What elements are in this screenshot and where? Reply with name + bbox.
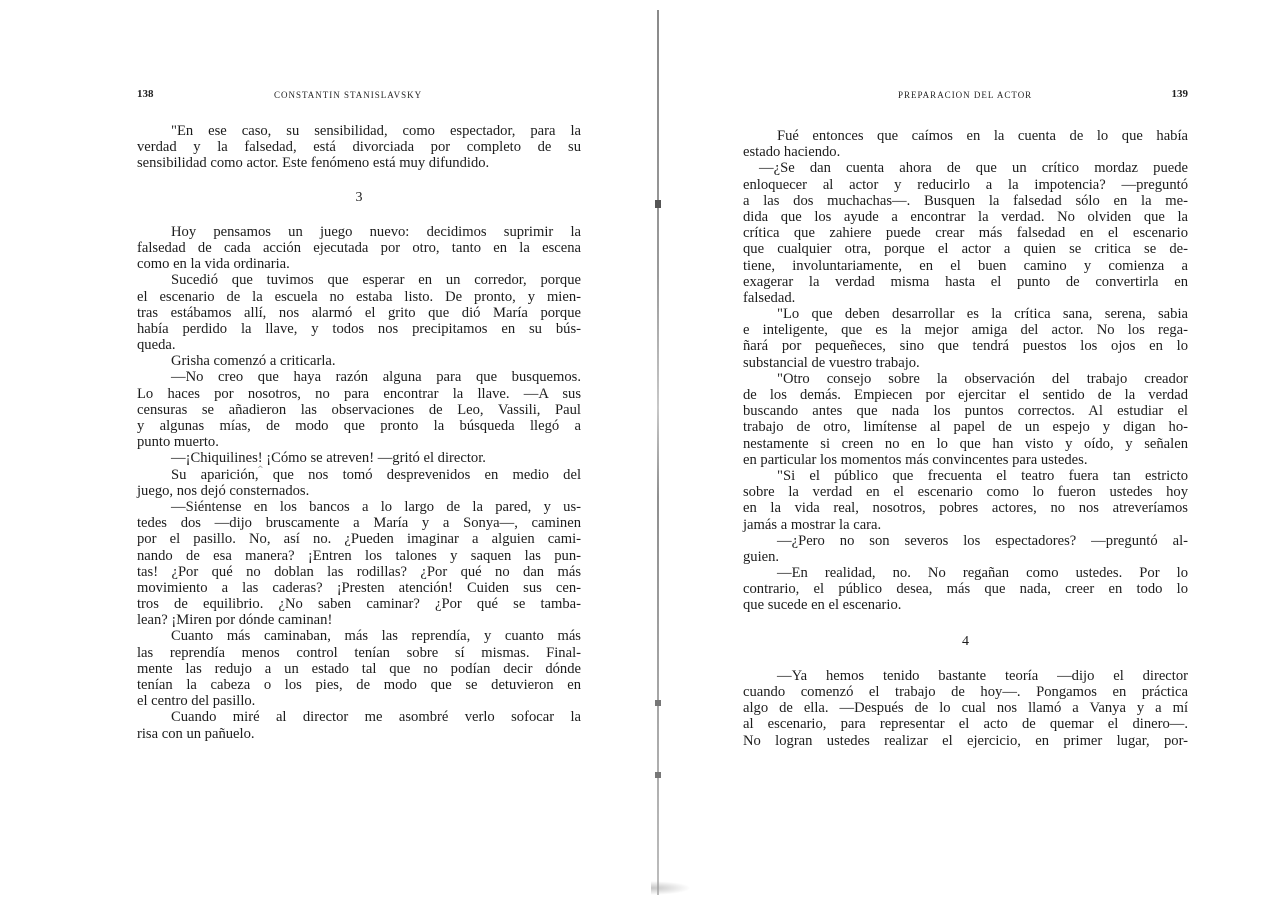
text-line: verdad y la falsedad, está divorciada po…: [137, 139, 581, 155]
text-line: tedes dos —dijo bruscamente a María y a …: [137, 515, 581, 531]
text-line: Sucedió que tuvimos que esperar en un co…: [137, 272, 581, 288]
text-line: queda.: [137, 337, 581, 353]
binding-staple-mark: [655, 200, 661, 208]
paragraph: "Si el público que frecuenta el teatro f…: [743, 468, 1188, 533]
book-running-title: PREPARACION DEL ACTOR: [898, 90, 1032, 100]
text-line: que cualquier otra, porque el actor a qu…: [743, 241, 1188, 257]
text-line: censuras se añadieron las observaciones …: [137, 402, 581, 418]
text-line: al escenario, para representar el acto d…: [743, 716, 1188, 732]
text-line: tenían la cabeza o los pies, de modo que…: [137, 677, 581, 693]
paragraph: —Ya hemos tenido bastante teoría —dijo e…: [743, 668, 1188, 749]
text-line: mente las redujo a un estado tal que no …: [137, 661, 581, 677]
text-line: y algunas mías, de modo que pronto la bú…: [137, 418, 581, 434]
text-line: falsedad de cada acción ejecutada por ot…: [137, 240, 581, 256]
text-line: —¿Pero no son severos los espectadores? …: [743, 533, 1188, 549]
text-line: tros de equilibrio. ¿No saben caminar? ¿…: [137, 596, 581, 612]
text-line: Cuanto más caminaban, más las reprendía,…: [137, 628, 581, 644]
paragraph: —En realidad, no. No regañan como ustede…: [743, 565, 1188, 614]
right-running-head: PREPARACION DEL ACTOR 139: [743, 88, 1188, 102]
text-line: No logran ustedes realizar el ejercicio,…: [743, 733, 1188, 749]
text-line: Cuando miré al director me asombré verlo…: [137, 709, 581, 725]
text-line: "Lo que deben desarrollar es la crítica …: [743, 306, 1188, 322]
text-line: enloquecer al actor y reducirlo a la imp…: [743, 177, 1188, 193]
section-number: 3: [137, 190, 581, 206]
text-line: contrario, el público desea, más que nad…: [743, 581, 1188, 597]
text-line: guien.: [743, 549, 1188, 565]
right-body-text: Fué entonces que caímos en la cuenta de …: [743, 128, 1188, 749]
text-line: juego, nos dejó consternados.: [137, 483, 581, 499]
text-line: falsedad.: [743, 290, 1188, 306]
text-line: Hoy pensamos un juego nuevo: decidimos s…: [137, 224, 581, 240]
text-line: Grisha comenzó a criticarla.: [137, 353, 581, 369]
text-line: punto muerto.: [137, 434, 581, 450]
stray-print-mark: ^: [257, 465, 264, 474]
text-line: de los demás. Empiecen por ejercitar el …: [743, 387, 1188, 403]
paragraph: "En ese caso, su sensibilidad, como espe…: [137, 123, 581, 172]
text-line: —En realidad, no. No regañan como ustede…: [743, 565, 1188, 581]
text-line: jamás a mostrar la cara.: [743, 517, 1188, 533]
text-line: el centro del pasillo.: [137, 693, 581, 709]
section-number: 4: [743, 634, 1188, 650]
page-number-left: 138: [137, 88, 154, 100]
paragraph: —¿Pero no son severos los espectadores? …: [743, 533, 1188, 565]
text-line: risa con un pañuelo.: [137, 726, 581, 742]
text-line: en la vida real, nosotros, pobres actore…: [743, 500, 1188, 516]
paragraph: Grisha comenzó a criticarla.: [137, 353, 581, 369]
paragraph: "Lo que deben desarrollar es la crítica …: [743, 306, 1188, 371]
text-line: dida que los ayude a encontrar la verdad…: [743, 209, 1188, 225]
text-line: Lo haces por nosotros, no para encontrar…: [137, 386, 581, 402]
scan-smudge: [651, 881, 691, 895]
paragraph: —¿Se dan cuenta ahora de que un crítico …: [743, 160, 1188, 306]
text-line: ñará por pequeñeces, sino que tendrá pue…: [743, 338, 1188, 354]
text-line: sobre la verdad en el escenario como lo …: [743, 484, 1188, 500]
left-running-head: 138 CONSTANTIN STANISLAVSKY: [137, 88, 581, 102]
paragraph: Fué entonces que caímos en la cuenta de …: [743, 128, 1188, 160]
author-running-title: CONSTANTIN STANISLAVSKY: [274, 90, 422, 100]
paragraph: Su aparición, que nos tomó desprevenidos…: [137, 467, 581, 499]
text-line: en particular los momentos más convincen…: [743, 452, 1188, 468]
text-line: por el pasillo. No, así no. ¿Pueden imag…: [137, 531, 581, 547]
text-line: estado haciendo.: [743, 144, 1188, 160]
text-line: substancial de vuestro trabajo.: [743, 355, 1188, 371]
text-line: —No creo que haya razón alguna para que …: [137, 369, 581, 385]
text-line: tas! ¿Por qué no doblan las rodillas? ¿P…: [137, 564, 581, 580]
text-line: "Si el público que frecuenta el teatro f…: [743, 468, 1188, 484]
text-line: buscando antes que nada los puntos corre…: [743, 403, 1188, 419]
text-line: —¿Se dan cuenta ahora de que un crítico …: [743, 160, 1188, 176]
text-line: —Ya hemos tenido bastante teoría —dijo e…: [743, 668, 1188, 684]
binding-staple-mark: [655, 772, 661, 778]
text-line: a las dos muchachas—. Busquen la falseda…: [743, 193, 1188, 209]
right-page: PREPARACION DEL ACTOR 139 Fué entonces q…: [743, 0, 1188, 906]
book-spread: 138 CONSTANTIN STANISLAVSKY "En ese caso…: [0, 0, 1280, 906]
text-line: Fué entonces que caímos en la cuenta de …: [743, 128, 1188, 144]
paragraph: Sucedió que tuvimos que esperar en un co…: [137, 272, 581, 353]
text-line: nestamente si creen no en lo que han vis…: [743, 436, 1188, 452]
text-line: Su aparición, que nos tomó desprevenidos…: [137, 467, 581, 483]
paragraph: "Otro consejo sobre la observación del t…: [743, 371, 1188, 468]
page-number-right: 139: [1172, 88, 1189, 100]
text-line: como en la vida ordinaria.: [137, 256, 581, 272]
text-line: las reprendía menos control tenían sobre…: [137, 645, 581, 661]
text-line: crítica que zahiere puede crear más fals…: [743, 225, 1188, 241]
text-line: sensibilidad como actor. Este fenómeno e…: [137, 155, 581, 171]
text-line: algo de ella. —Después de lo cual nos ll…: [743, 700, 1188, 716]
paragraph: Hoy pensamos un juego nuevo: decidimos s…: [137, 224, 581, 273]
text-line: cuando comenzó el trabajo de hoy—. Ponga…: [743, 684, 1188, 700]
text-line: —¡Chiquilines! ¡Cómo se atreven! —gritó …: [137, 450, 581, 466]
binding-staple-mark: [655, 700, 661, 706]
paragraph: —¡Chiquilines! ¡Cómo se atreven! —gritó …: [137, 450, 581, 466]
paragraph: —Siéntense en los bancos a lo largo de l…: [137, 499, 581, 629]
text-line: nando de esa manera? ¡Entren los talones…: [137, 548, 581, 564]
text-line: exagerar la verdad misma hasta el punto …: [743, 274, 1188, 290]
left-page: 138 CONSTANTIN STANISLAVSKY "En ese caso…: [137, 0, 581, 906]
text-line: tiene, involuntariamente, en el buen cam…: [743, 258, 1188, 274]
text-line: el escenario de la escuela no estaba lis…: [137, 289, 581, 305]
text-line: "Otro consejo sobre la observación del t…: [743, 371, 1188, 387]
text-line: lean? ¡Miren por dónde caminan!: [137, 612, 581, 628]
binding-line: [657, 10, 659, 895]
book-gutter: [655, 10, 661, 895]
text-line: tras estábamos allí, nos alarmó el grito…: [137, 305, 581, 321]
paragraph: Cuanto más caminaban, más las reprendía,…: [137, 628, 581, 709]
left-body-text: "En ese caso, su sensibilidad, como espe…: [137, 123, 581, 742]
text-line: —Siéntense en los bancos a lo largo de l…: [137, 499, 581, 515]
text-line: e inteligente, que es la mejor amiga del…: [743, 322, 1188, 338]
text-line: había perdido la llave, y todos nos prec…: [137, 321, 581, 337]
text-line: que sucede en el escenario.: [743, 597, 1188, 613]
text-line: movimiento a las caderas? ¡Presten atenc…: [137, 580, 581, 596]
text-line: trabajo de otro, limítense al papel de u…: [743, 419, 1188, 435]
paragraph: Cuando miré al director me asombré verlo…: [137, 709, 581, 741]
text-line: "En ese caso, su sensibilidad, como espe…: [137, 123, 581, 139]
paragraph: —No creo que haya razón alguna para que …: [137, 369, 581, 450]
